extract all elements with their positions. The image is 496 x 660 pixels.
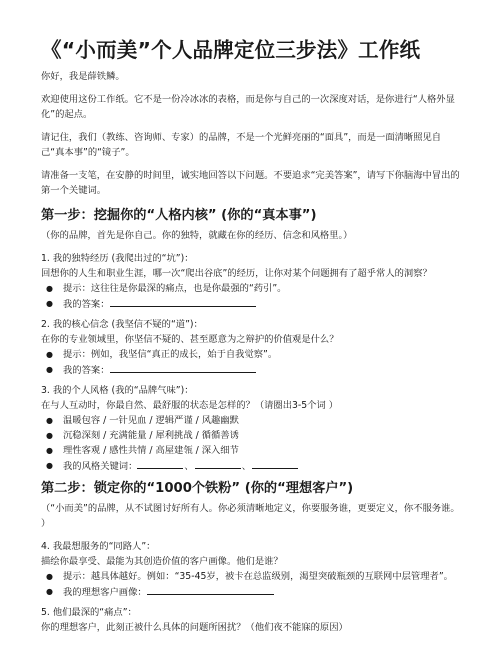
question-2-prompt: 在你的专业领域里，你坚信不疑的、甚至愿意为之辩护的价值观是什么？ [41, 332, 460, 347]
keyword-blank-field-2[interactable] [195, 458, 241, 469]
bullet-icon: ● [46, 458, 53, 473]
step-2-subtitle: （“小而美”的品牌，从不试图讨好所有人。你必须清晰地定义，你要服务谁，更要定义，… [41, 501, 460, 531]
question-2-hint: ● 提示：例如，我坚信“真正的成长，始于自我觉察”。 [63, 347, 460, 362]
question-4: 4. 我最想服务的“同路人”： 描绘你最享受、最能为其创造价值的客户画像。他们是… [41, 539, 460, 600]
style-option-row: ● 理性客观 / 感性共情 / 高屋建瓴 / 深入细节 [63, 443, 460, 458]
question-1-list: ● 提示：这往往是你最深的痛点，也是你最强的“药引”。 ● 我的答案： [41, 281, 460, 312]
answer-blank-field[interactable] [110, 296, 256, 307]
step-1-subtitle: （你的品牌，首先是你自己。你的独特，就藏在你的经历、信念和风格里。） [41, 228, 460, 243]
intro-paragraph-3: 请准备一支笔，在安静的时间里，诚实地回答以下问题。不要追求“完美答案”，请写下你… [41, 168, 460, 198]
question-5: 5. 他们最深的“痛点”： 你的理想客户，此刻正被什么具体的问题所困扰？（他们夜… [41, 605, 460, 635]
bullet-icon: ● [46, 569, 53, 584]
question-2-title: 2. 我的核心信念 (我坚信不疑的“道”)： [41, 317, 460, 332]
intro-paragraph-2: 请记住，我们（教练、咨询师、专家）的品牌，不是一个光鲜亮丽的“面具”，而是一面清… [41, 130, 460, 160]
question-4-list: ● 提示：越具体越好。例如：“35-45岁，被卡在总监级别，渴望突破瓶颈的互联网… [41, 569, 460, 600]
step-1-section: 第一步：挖掘你的“人格内核” (你的“真本事”) （你的品牌，首先是你自己。你的… [41, 206, 460, 474]
question-4-answer: ● 我的理想客户画像： [63, 584, 460, 600]
question-1-title: 1. 我的独特经历 (我爬出过的“坑”)： [41, 251, 460, 266]
question-4-title: 4. 我最想服务的“同路人”： [41, 539, 460, 554]
answer-label: 我的风格关键词： [63, 461, 137, 472]
question-5-title: 5. 他们最深的“痛点”： [41, 605, 460, 620]
hint-text: 提示：越具体越好。例如：“35-45岁，被卡在总监级别，渴望突破瓶颈的互联网中层… [63, 571, 453, 582]
style-option-row: ● 沉稳深刻 / 充满能量 / 犀利挑战 / 循循善诱 [63, 428, 460, 443]
style-option-row: ● 温暖包容 / 一针见血 / 逻辑严谨 / 风趣幽默 [63, 413, 460, 428]
bullet-icon: ● [46, 362, 53, 377]
hint-text: 提示：这往往是你最深的痛点，也是你最强的“药引”。 [63, 283, 286, 294]
keyword-blank-field-3[interactable] [252, 458, 298, 469]
question-1-hint: ● 提示：这往往是你最深的痛点，也是你最强的“药引”。 [63, 281, 460, 296]
answer-label: 我的答案： [63, 299, 110, 310]
answer-label: 我的理想客户画像： [63, 587, 147, 598]
answer-blank-field[interactable] [110, 362, 256, 373]
question-5-prompt: 你的理想客户，此刻正被什么具体的问题所困扰？（他们夜不能寐的原因） [41, 620, 460, 635]
question-1-answer: ● 我的答案： [63, 296, 460, 312]
separator: 、 [242, 461, 251, 472]
style-options-text: 沉稳深刻 / 充满能量 / 犀利挑战 / 循循善诱 [63, 430, 239, 441]
question-3: 3. 我的个人风格 (我的“品牌气味”)： 在与人互动时，你最自然、最舒服的状态… [41, 383, 460, 474]
bullet-icon: ● [46, 443, 53, 458]
question-3-prompt: 在与人互动时，你最自然、最舒服的状态是怎样的？（请圈出3-5个词 ） [41, 398, 460, 413]
question-3-title: 3. 我的个人风格 (我的“品牌气味”)： [41, 383, 460, 398]
hint-text: 提示：例如，我坚信“真正的成长，始于自我觉察”。 [63, 349, 277, 360]
keyword-blank-field-1[interactable] [137, 458, 183, 469]
bullet-icon: ● [46, 347, 53, 362]
answer-label: 我的答案： [63, 365, 110, 376]
style-options-text: 温暖包容 / 一针见血 / 逻辑严谨 / 风趣幽默 [63, 415, 239, 426]
style-options-text: 理性客观 / 感性共情 / 高屋建瓴 / 深入细节 [63, 445, 239, 456]
document-title: 《“小而美”个人品牌定位三步法》工作纸 [41, 36, 460, 64]
question-2-list: ● 提示：例如，我坚信“真正的成长，始于自我觉察”。 ● 我的答案： [41, 347, 460, 378]
question-4-prompt: 描绘你最享受、最能为其创造价值的客户画像。他们是谁？ [41, 554, 460, 569]
question-3-answer: ● 我的风格关键词：、、 [63, 458, 460, 474]
question-3-list: ● 温暖包容 / 一针见血 / 逻辑严谨 / 风趣幽默 ● 沉稳深刻 / 充满能… [41, 413, 460, 474]
question-4-hint: ● 提示：越具体越好。例如：“35-45岁，被卡在总监级别，渴望突破瓶颈的互联网… [63, 569, 460, 584]
question-1: 1. 我的独特经历 (我爬出过的“坑”)： 回想你的人生和职业生涯，哪一次“爬出… [41, 251, 460, 312]
bullet-icon: ● [46, 428, 53, 443]
bullet-icon: ● [46, 584, 53, 599]
step-2-heading: 第二步：锁定你的“1000个铁粉” (你的“理想客户”) [41, 479, 460, 499]
separator: 、 [184, 461, 193, 472]
bullet-icon: ● [46, 281, 53, 296]
greeting: 你好，我是薛铁鳞。 [41, 69, 460, 84]
bullet-icon: ● [46, 296, 53, 311]
question-2-answer: ● 我的答案： [63, 362, 460, 378]
question-2: 2. 我的核心信念 (我坚信不疑的“道”)： 在你的专业领域里，你坚信不疑的、甚… [41, 317, 460, 378]
bullet-icon: ● [46, 413, 53, 428]
answer-blank-field[interactable] [147, 584, 274, 595]
step-2-section: 第二步：锁定你的“1000个铁粉” (你的“理想客户”) （“小而美”的品牌，从… [41, 479, 460, 635]
worksheet-page: 《“小而美”个人品牌定位三步法》工作纸 你好，我是薛铁鳞。 欢迎使用这份工作纸。… [0, 0, 496, 660]
intro-paragraph-1: 欢迎使用这份工作纸。它不是一份冷冰冰的表格，而是你与自己的一次深度对话，是你进行… [41, 92, 460, 122]
question-1-prompt: 回想你的人生和职业生涯，哪一次“爬出谷底”的经历，让你对某个问题拥有了超乎常人的… [41, 266, 460, 281]
step-1-heading: 第一步：挖掘你的“人格内核” (你的“真本事”) [41, 206, 460, 226]
